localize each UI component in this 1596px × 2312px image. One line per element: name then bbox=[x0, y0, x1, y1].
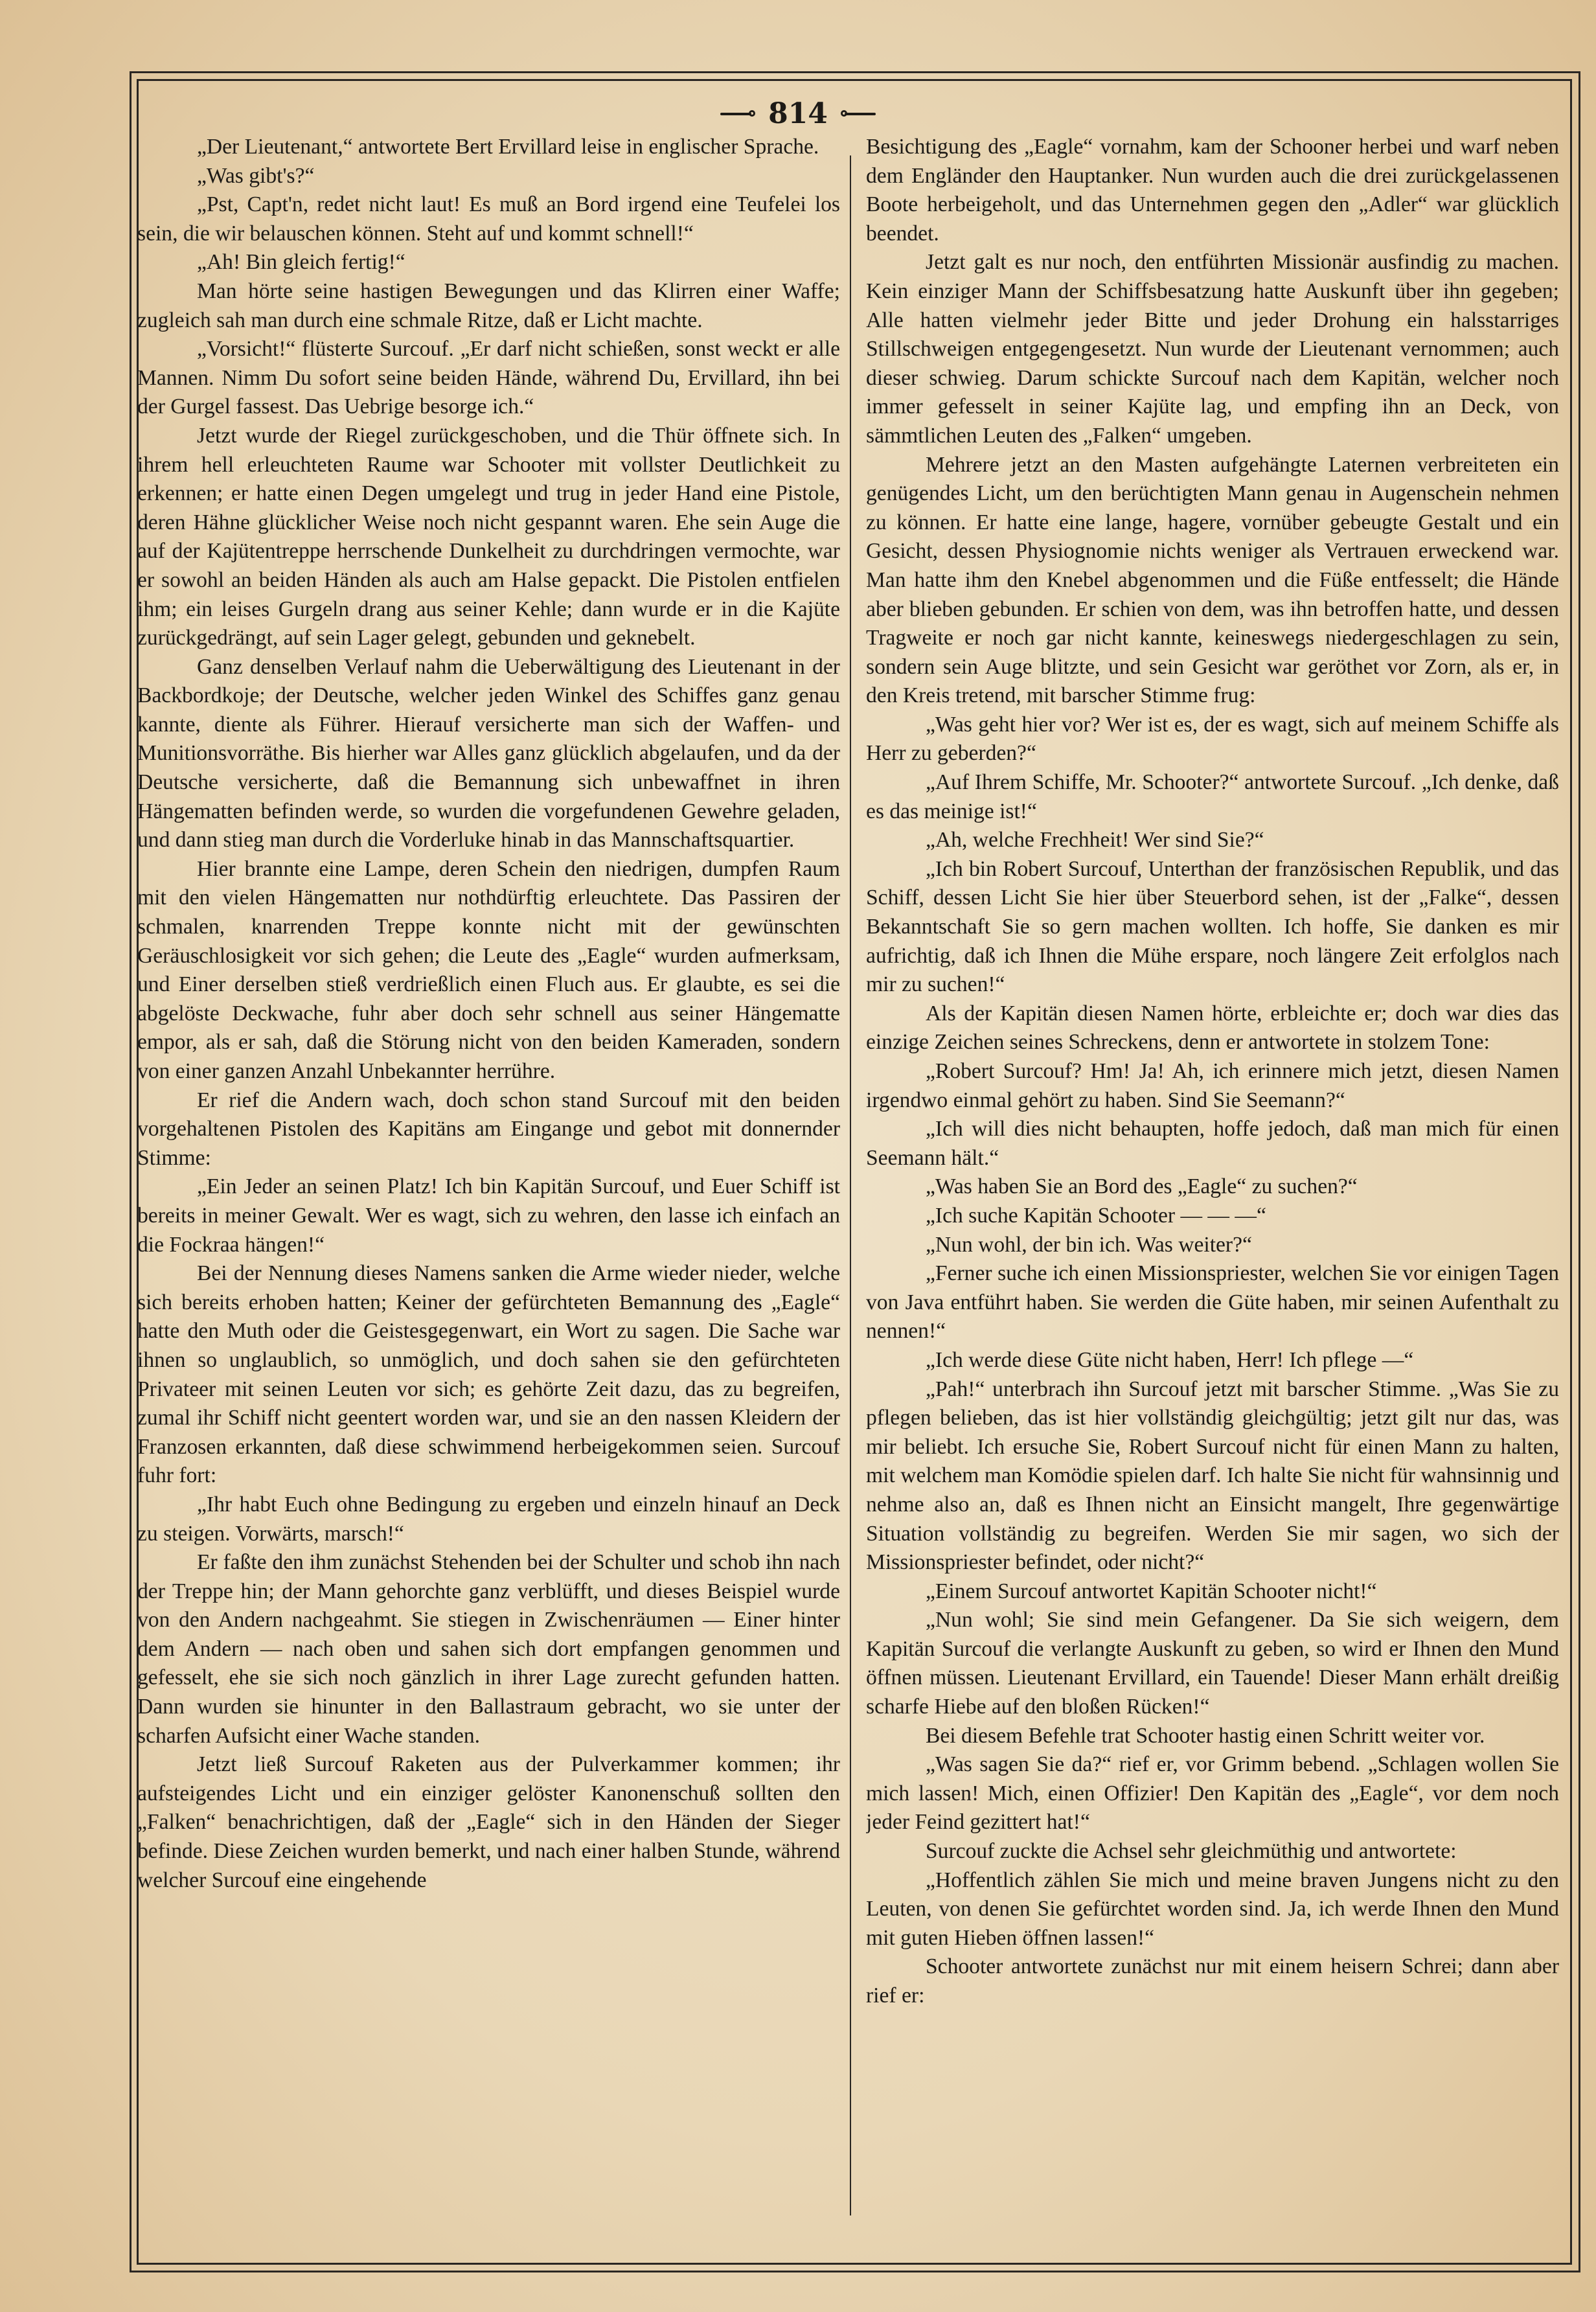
paragraph: „Ah, welche Frechheit! Wer sind Sie?“ bbox=[866, 826, 1559, 855]
ornament-dash-left bbox=[720, 113, 751, 115]
paragraph: „Einem Surcouf antwortet Kapitän Schoote… bbox=[866, 1577, 1559, 1607]
paragraph: Man hörte seine hastigen Bewegungen und … bbox=[137, 277, 840, 335]
paragraph: „Ich bin Robert Surcouf, Unterthan der f… bbox=[866, 855, 1559, 1000]
paragraph: Bei diesem Befehle trat Schooter hastig … bbox=[866, 1722, 1559, 1751]
paragraph: „Was geht hier vor? Wer ist es, der es w… bbox=[866, 711, 1559, 768]
paragraph: „Ein Jeder an seinen Platz! Ich bin Kapi… bbox=[137, 1173, 840, 1259]
paragraph: Mehrere jetzt an den Masten aufgehängte … bbox=[866, 451, 1559, 711]
paragraph: „Was sagen Sie da?“ rief er, vor Grimm b… bbox=[866, 1750, 1559, 1837]
text-column-right: Besichtigung des „Eagle“ vornahm, kam de… bbox=[866, 133, 1559, 2212]
paragraph: Als der Kapitän diesen Namen hörte, erbl… bbox=[866, 1000, 1559, 1057]
ornament-dash-right bbox=[845, 113, 876, 115]
paragraph: „Der Lieutenant,“ antwortete Bert Ervill… bbox=[137, 133, 840, 162]
paragraph: Jetzt ließ Surcouf Raketen aus der Pulve… bbox=[137, 1750, 840, 1895]
paragraph: Ganz denselben Verlauf nahm die Ueberwäl… bbox=[137, 653, 840, 855]
paragraph: Jetzt wurde der Riegel zurückgeschoben, … bbox=[137, 422, 840, 653]
paragraph: „Pah!“ unterbrach ihn Surcouf jetzt mit … bbox=[866, 1375, 1559, 1577]
paragraph: „Nun wohl, der bin ich. Was weiter?“ bbox=[866, 1231, 1559, 1260]
paragraph: „Was gibt's?“ bbox=[137, 162, 840, 191]
paragraph: Schooter antwortete zunächst nur mit ein… bbox=[866, 1952, 1559, 2010]
paragraph: Bei der Nennung dieses Namens sanken die… bbox=[137, 1259, 840, 1491]
paragraph: „Robert Surcouf? Hm! Ja! Ah, ich erinner… bbox=[866, 1057, 1559, 1115]
paragraph: „Hoffentlich zählen Sie mich und meine b… bbox=[866, 1866, 1559, 1953]
paragraph: Surcouf zuckte die Achsel sehr gleichmüt… bbox=[866, 1837, 1559, 1866]
paragraph: „Was haben Sie an Bord des „Eagle“ zu su… bbox=[866, 1173, 1559, 1202]
paragraph: „Ich suche Kapitän Schooter — — —“ bbox=[866, 1202, 1559, 1231]
paragraph: Jetzt galt es nur noch, den entführten M… bbox=[866, 248, 1559, 450]
paragraph: „Ihr habt Euch ohne Bedingung zu ergeben… bbox=[137, 1491, 840, 1548]
paragraph: „Vorsicht!“ flüsterte Surcouf. „Er darf … bbox=[137, 335, 840, 422]
paragraph: „Pst, Capt'n, redet nicht laut! Es muß a… bbox=[137, 190, 840, 248]
paragraph: „Ich will dies nicht behaupten, hoffe je… bbox=[866, 1115, 1559, 1173]
text-column-left: „Der Lieutenant,“ antwortete Bert Ervill… bbox=[137, 133, 840, 2212]
paragraph: „Ich werde diese Güte nicht haben, Herr!… bbox=[866, 1346, 1559, 1375]
paragraph-continued: Besichtigung des „Eagle“ vornahm, kam de… bbox=[866, 133, 1559, 248]
paragraph: Er faßte den ihm zunächst Stehenden bei … bbox=[137, 1548, 840, 1750]
paragraph: „Ferner suche ich einen Missionspriester… bbox=[866, 1259, 1559, 1346]
page-header: 814 bbox=[0, 97, 1596, 130]
paragraph: „Nun wohl; Sie sind mein Gefangener. Da … bbox=[866, 1606, 1559, 1721]
column-divider bbox=[850, 155, 851, 2215]
page-number: 814 bbox=[768, 97, 828, 130]
paragraph: Hier brannte eine Lampe, deren Schein de… bbox=[137, 855, 840, 1086]
paragraph: „Auf Ihrem Schiffe, Mr. Schooter?“ antwo… bbox=[866, 768, 1559, 826]
paragraph: Er rief die Andern wach, doch schon stan… bbox=[137, 1086, 840, 1173]
paragraph: „Ah! Bin gleich fertig!“ bbox=[137, 248, 840, 277]
